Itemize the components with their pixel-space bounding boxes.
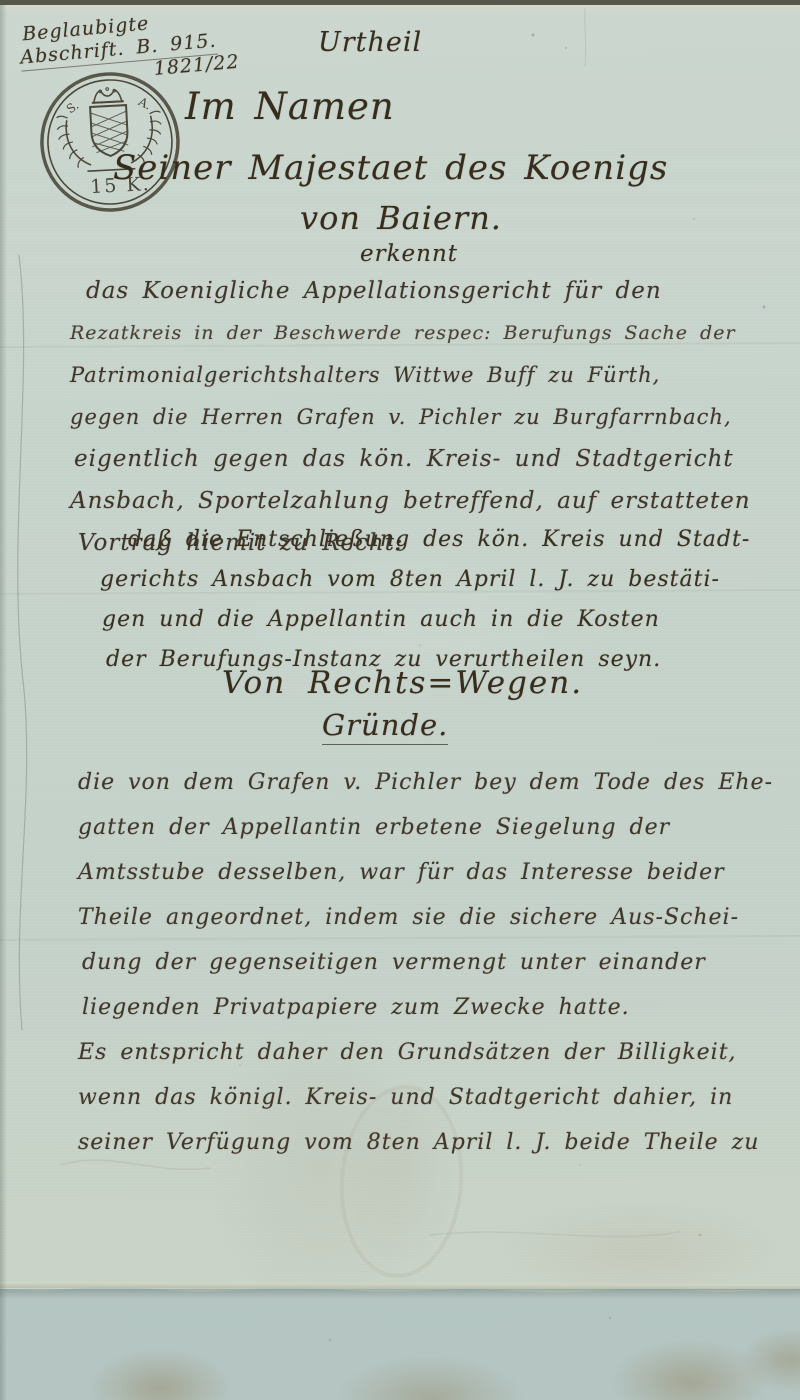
preamble-line: Ansbach, Sportelzahlung betreffend, auf … [70,480,751,522]
verdict-line: gen und die Appellantin auch in die Kost… [102,600,750,640]
invocation-line-3: von Baiern. [300,199,502,237]
stamp-letter-left: S. [64,98,82,116]
preamble-line: eigentlich gegen das kön. Kreis- und Sta… [74,438,751,480]
top-paper-edge [0,5,800,13]
grounds-line: seiner Verfügung vom 8ten April l. J. be… [78,1120,773,1165]
legal-formula: Von Rechts=Wegen. [222,665,583,701]
invocation-line-1: Im Namen [185,85,395,128]
preamble-line: das Koenigliche Appellationsgericht für … [86,270,751,312]
preamble-line: Rezatkreis in der Beschwerde respec: Ber… [70,312,751,354]
verdict-line: gerichts Ansbach vom 8ten April l. J. zu… [100,560,750,600]
preamble-line: Patrimonialgerichtshalters Wittwe Buff z… [70,354,751,396]
grounds-line: gatten der Appellantin erbetene Siegelun… [78,805,773,850]
scanned-manuscript-page: S. A. 15 K. Beglaubigte Abschrift. B. 91… [0,0,800,1400]
grounds-line: liegenden Privatpapiere zum Zwecke hatte… [82,985,773,1030]
grounds-heading-text: Gründe. [322,708,448,745]
grounds-line: dung der gegenseitigen vermengt unter ei… [82,940,773,985]
invocation-line-4: erkennt [360,241,458,267]
grounds-heading: Gründe. [322,708,448,742]
preamble-line: gegen die Herren Grafen v. Pichler zu Bu… [70,396,751,438]
invocation-line-2: Seiner Majestaet des Koenigs [113,148,668,188]
verdict-line: daß die Entschließung des kön. Kreis und… [128,520,750,560]
left-edge-shade [0,0,7,1400]
sheet-edge-shadow [0,1289,800,1299]
grounds-line: Es entspricht daher den Grundsätzen der … [78,1030,773,1075]
document-title: Urtheil [318,27,422,58]
grounds-line: wenn das königl. Kreis- und Stadtgericht… [78,1075,773,1120]
verdict-paragraph: daß die Entschließung des kön. Kreis und… [128,520,750,680]
grounds-line: die von dem Grafen v. Pichler bey dem To… [78,760,773,805]
stamp-letter-right: A. [135,94,153,113]
grounds-line: Amtsstube desselben, war für das Interes… [78,850,773,895]
grounds-line: Theile angeordnet, indem sie die sichere… [78,895,773,940]
grounds-paragraph: die von dem Grafen v. Pichler bey dem To… [78,760,773,1165]
